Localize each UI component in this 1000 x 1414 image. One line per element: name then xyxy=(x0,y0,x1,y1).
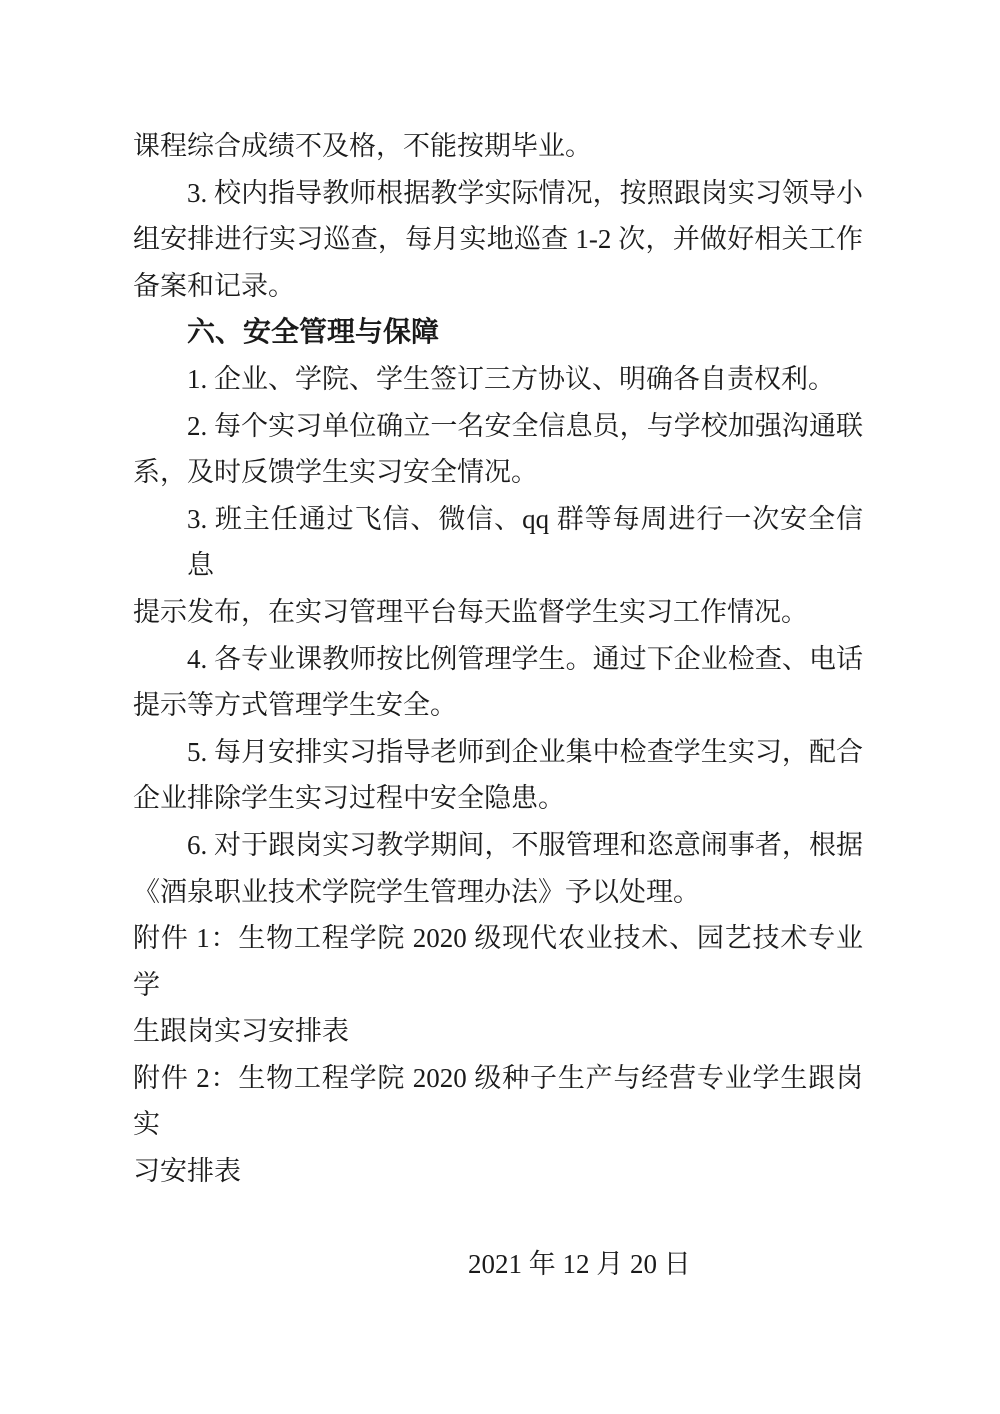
paragraph: 2. 每个实习单位确立一名安全信息员，与学校加强沟通联系，及时反馈学生实习安全情… xyxy=(133,403,863,496)
attachment-note: 附件 2：生物工程学院 2020 级种子生产与经营专业学生跟岗实习安排表 xyxy=(133,1055,863,1195)
text-line: 提示等方式管理学生安全。 xyxy=(133,682,863,729)
text-line: 3. 班主任通过飞信、微信、qq 群等每周进行一次安全信息 xyxy=(133,496,863,589)
text-line: 备案和记录。 xyxy=(133,263,863,310)
text-line: 系，及时反馈学生实习安全情况。 xyxy=(133,449,863,496)
text-line: 附件 2：生物工程学院 2020 级种子生产与经营专业学生跟岗实 xyxy=(133,1055,863,1148)
text-line: 习安排表 xyxy=(133,1148,863,1195)
text-line: 6. 对于跟岗实习教学期间，不服管理和恣意闹事者，根据 xyxy=(133,822,863,869)
text-line: 生跟岗实习安排表 xyxy=(133,1008,863,1055)
text-line: 组安排进行实习巡查，每月实地巡查 1-2 次，并做好相关工作 xyxy=(133,216,863,263)
text-line: 附件 1：生物工程学院 2020 级现代农业技术、园艺技术专业学 xyxy=(133,915,863,1008)
document-content: 课程综合成绩不及格，不能按期毕业。3. 校内指导教师根据教学实际情况，按照跟岗实… xyxy=(133,123,863,1288)
paragraph: 3. 班主任通过飞信、微信、qq 群等每周进行一次安全信息提示发布，在实习管理平… xyxy=(133,496,863,636)
text-line: 4. 各专业课教师按比例管理学生。通过下企业检查、电话 xyxy=(133,636,863,683)
paragraph: 4. 各专业课教师按比例管理学生。通过下企业检查、电话提示等方式管理学生安全。 xyxy=(133,636,863,729)
text-line: 2. 每个实习单位确立一名安全信息员，与学校加强沟通联 xyxy=(133,403,863,450)
text-line: 《酒泉职业技术学院学生管理办法》予以处理。 xyxy=(133,869,863,916)
text-line: 3. 校内指导教师根据教学实际情况，按照跟岗实习领导小 xyxy=(133,170,863,217)
paragraph: 3. 校内指导教师根据教学实际情况，按照跟岗实习领导小组安排进行实习巡查，每月实… xyxy=(133,170,863,310)
paragraph: 课程综合成绩不及格，不能按期毕业。 xyxy=(133,123,863,170)
blocks-container: 课程综合成绩不及格，不能按期毕业。3. 校内指导教师根据教学实际情况，按照跟岗实… xyxy=(133,123,863,1195)
text-line: 5. 每月安排实习指导老师到企业集中检查学生实习，配合 xyxy=(133,729,863,776)
paragraph: 1. 企业、学院、学生签订三方协议、明确各自责权利。 xyxy=(133,356,863,403)
text-line: 课程综合成绩不及格，不能按期毕业。 xyxy=(133,123,863,170)
paragraph: 6. 对于跟岗实习教学期间，不服管理和恣意闹事者，根据《酒泉职业技术学院学生管理… xyxy=(133,822,863,915)
section-heading: 六、安全管理与保障 xyxy=(133,309,863,356)
text-line: 六、安全管理与保障 xyxy=(133,309,863,356)
text-line: 提示发布，在实习管理平台每天监督学生实习工作情况。 xyxy=(133,589,863,636)
text-line: 企业排除学生实习过程中安全隐患。 xyxy=(133,775,863,822)
text-line: 1. 企业、学院、学生签订三方协议、明确各自责权利。 xyxy=(133,356,863,403)
document-page: 课程综合成绩不及格，不能按期毕业。3. 校内指导教师根据教学实际情况，按照跟岗实… xyxy=(0,0,1000,1414)
paragraph: 5. 每月安排实习指导老师到企业集中检查学生实习，配合企业排除学生实习过程中安全… xyxy=(133,729,863,822)
document-date: 2021 年 12 月 20 日 xyxy=(133,1241,863,1288)
attachment-note: 附件 1：生物工程学院 2020 级现代农业技术、园艺技术专业学生跟岗实习安排表 xyxy=(133,915,863,1055)
